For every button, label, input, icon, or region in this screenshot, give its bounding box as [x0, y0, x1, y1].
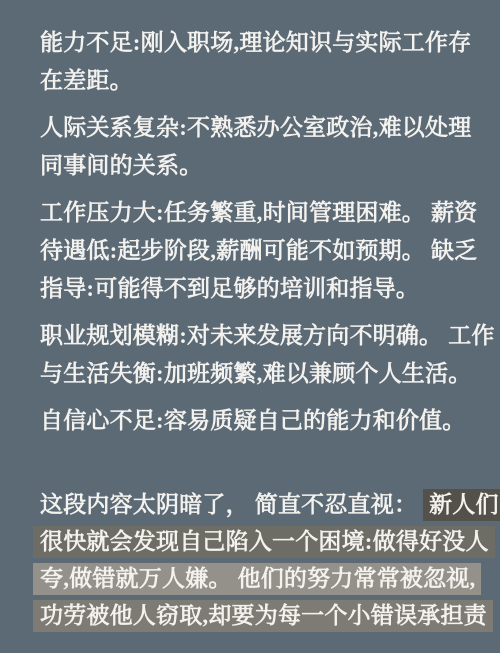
text-line: 能力不足:刚入职场,理论知识与实际工作存	[40, 24, 466, 62]
text-line: 在差距。	[40, 62, 466, 100]
highlighted-text: 新人们	[423, 489, 500, 521]
text-line: 与生活失衡:加班频繁,难以兼顾个人生活。	[40, 355, 466, 393]
paragraph-confidence: 自信心不足:容易质疑自己的能力和价值。	[40, 402, 466, 440]
highlighted-text: 功劳被他人窃取,却要为每一个小错误承担责	[33, 600, 493, 632]
commentary-line: 夸,做错就万人嫌。 他们的努力常常被忽视,	[40, 560, 466, 597]
note-page: 能力不足:刚入职场,理论知识与实际工作存 在差距。 人际关系复杂:不熟悉办公室政…	[0, 0, 500, 653]
paragraph-career-balance: 职业规划模糊:对未来发展方向不明确。 工作 与生活失衡:加班频繁,难以兼顾个人生…	[40, 317, 466, 393]
text-line: 同事间的关系。	[40, 147, 466, 185]
commentary-paragraph: 这段内容太阴暗了， 简直不忍直视： 新人们 很快就会发现自己陷入一个困境:做得好…	[40, 486, 466, 634]
text-line: 职业规划模糊:对未来发展方向不明确。 工作	[40, 317, 466, 355]
text-line: 待遇低:起步阶段,薪酬可能不如预期。 缺乏	[40, 232, 466, 270]
highlighted-text: 很快就会发现自己陷入一个困境:做得好没人	[33, 526, 495, 558]
paragraph-pressure-salary-guidance: 工作压力大:任务繁重,时间管理困难。 薪资 待遇低:起步阶段,薪酬可能不如预期。…	[40, 194, 466, 308]
text-line: 自信心不足:容易质疑自己的能力和价值。	[40, 402, 466, 440]
text-line: 指导:可能得不到足够的培训和指导。	[40, 270, 466, 308]
paragraph-ability: 能力不足:刚入职场,理论知识与实际工作存 在差距。	[40, 24, 466, 100]
commentary-intro: 这段内容太阴暗了， 简直不忍直视：	[40, 492, 423, 517]
commentary-line: 这段内容太阴暗了， 简直不忍直视： 新人们	[40, 486, 466, 523]
highlighted-text: 夸,做错就万人嫌。 他们的努力常常被忽视,	[33, 563, 481, 595]
text-line: 工作压力大:任务繁重,时间管理困难。 薪资	[40, 194, 466, 232]
commentary-line: 很快就会发现自己陷入一个困境:做得好没人	[40, 523, 466, 560]
text-line: 人际关系复杂:不熟悉办公室政治,难以处理	[40, 109, 466, 147]
commentary-line: 功劳被他人窃取,却要为每一个小错误承担责	[40, 597, 466, 634]
paragraph-relationships: 人际关系复杂:不熟悉办公室政治,难以处理 同事间的关系。	[40, 109, 466, 185]
